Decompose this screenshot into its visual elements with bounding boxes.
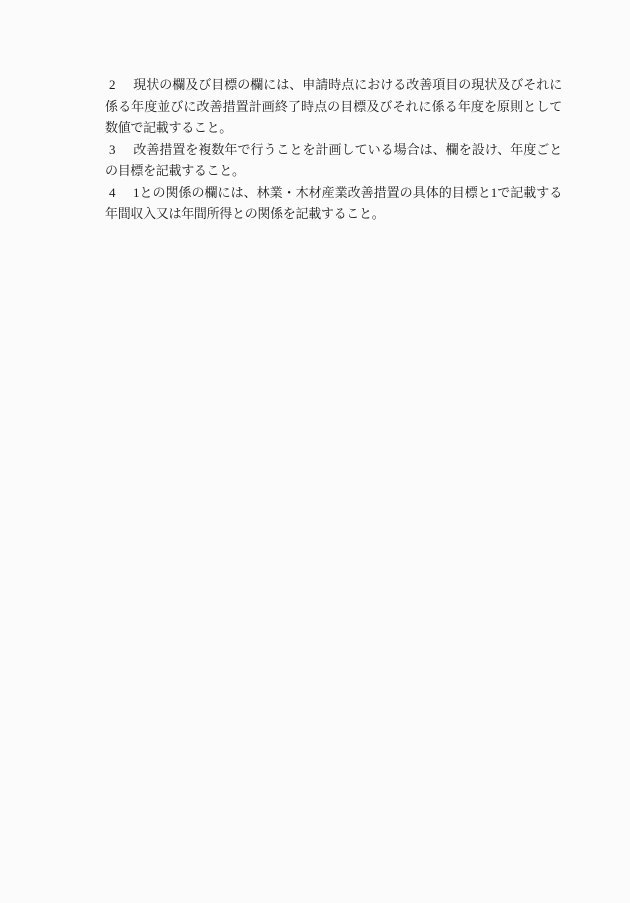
note-item-4: 41との関係の欄には、林業・木材産業改善措置の具体的目標と1で記載する年間収入又… bbox=[105, 182, 562, 225]
note-number: 3 bbox=[109, 139, 133, 161]
note-number: 2 bbox=[109, 74, 133, 96]
note-item-2: 2現状の欄及び目標の欄には、申請時点における改善項目の現状及びそれに係る年度並び… bbox=[105, 74, 562, 139]
note-text: 改善措置を複数年で行うことを計画している場合は、欄を設け、年度ごとの目標を記載す… bbox=[105, 142, 562, 179]
note-item-3: 3改善措置を複数年で行うことを計画している場合は、欄を設け、年度ごとの目標を記載… bbox=[105, 139, 562, 182]
note-number: 4 bbox=[109, 182, 133, 204]
note-text: 1との関係の欄には、林業・木材産業改善措置の具体的目標と1で記載する年間収入又は… bbox=[105, 185, 562, 222]
notes-block: 2現状の欄及び目標の欄には、申請時点における改善項目の現状及びそれに係る年度並び… bbox=[105, 74, 562, 225]
document-page: 2現状の欄及び目標の欄には、申請時点における改善項目の現状及びそれに係る年度並び… bbox=[0, 0, 630, 903]
note-text: 現状の欄及び目標の欄には、申請時点における改善項目の現状及びそれに係る年度並びに… bbox=[105, 77, 562, 135]
